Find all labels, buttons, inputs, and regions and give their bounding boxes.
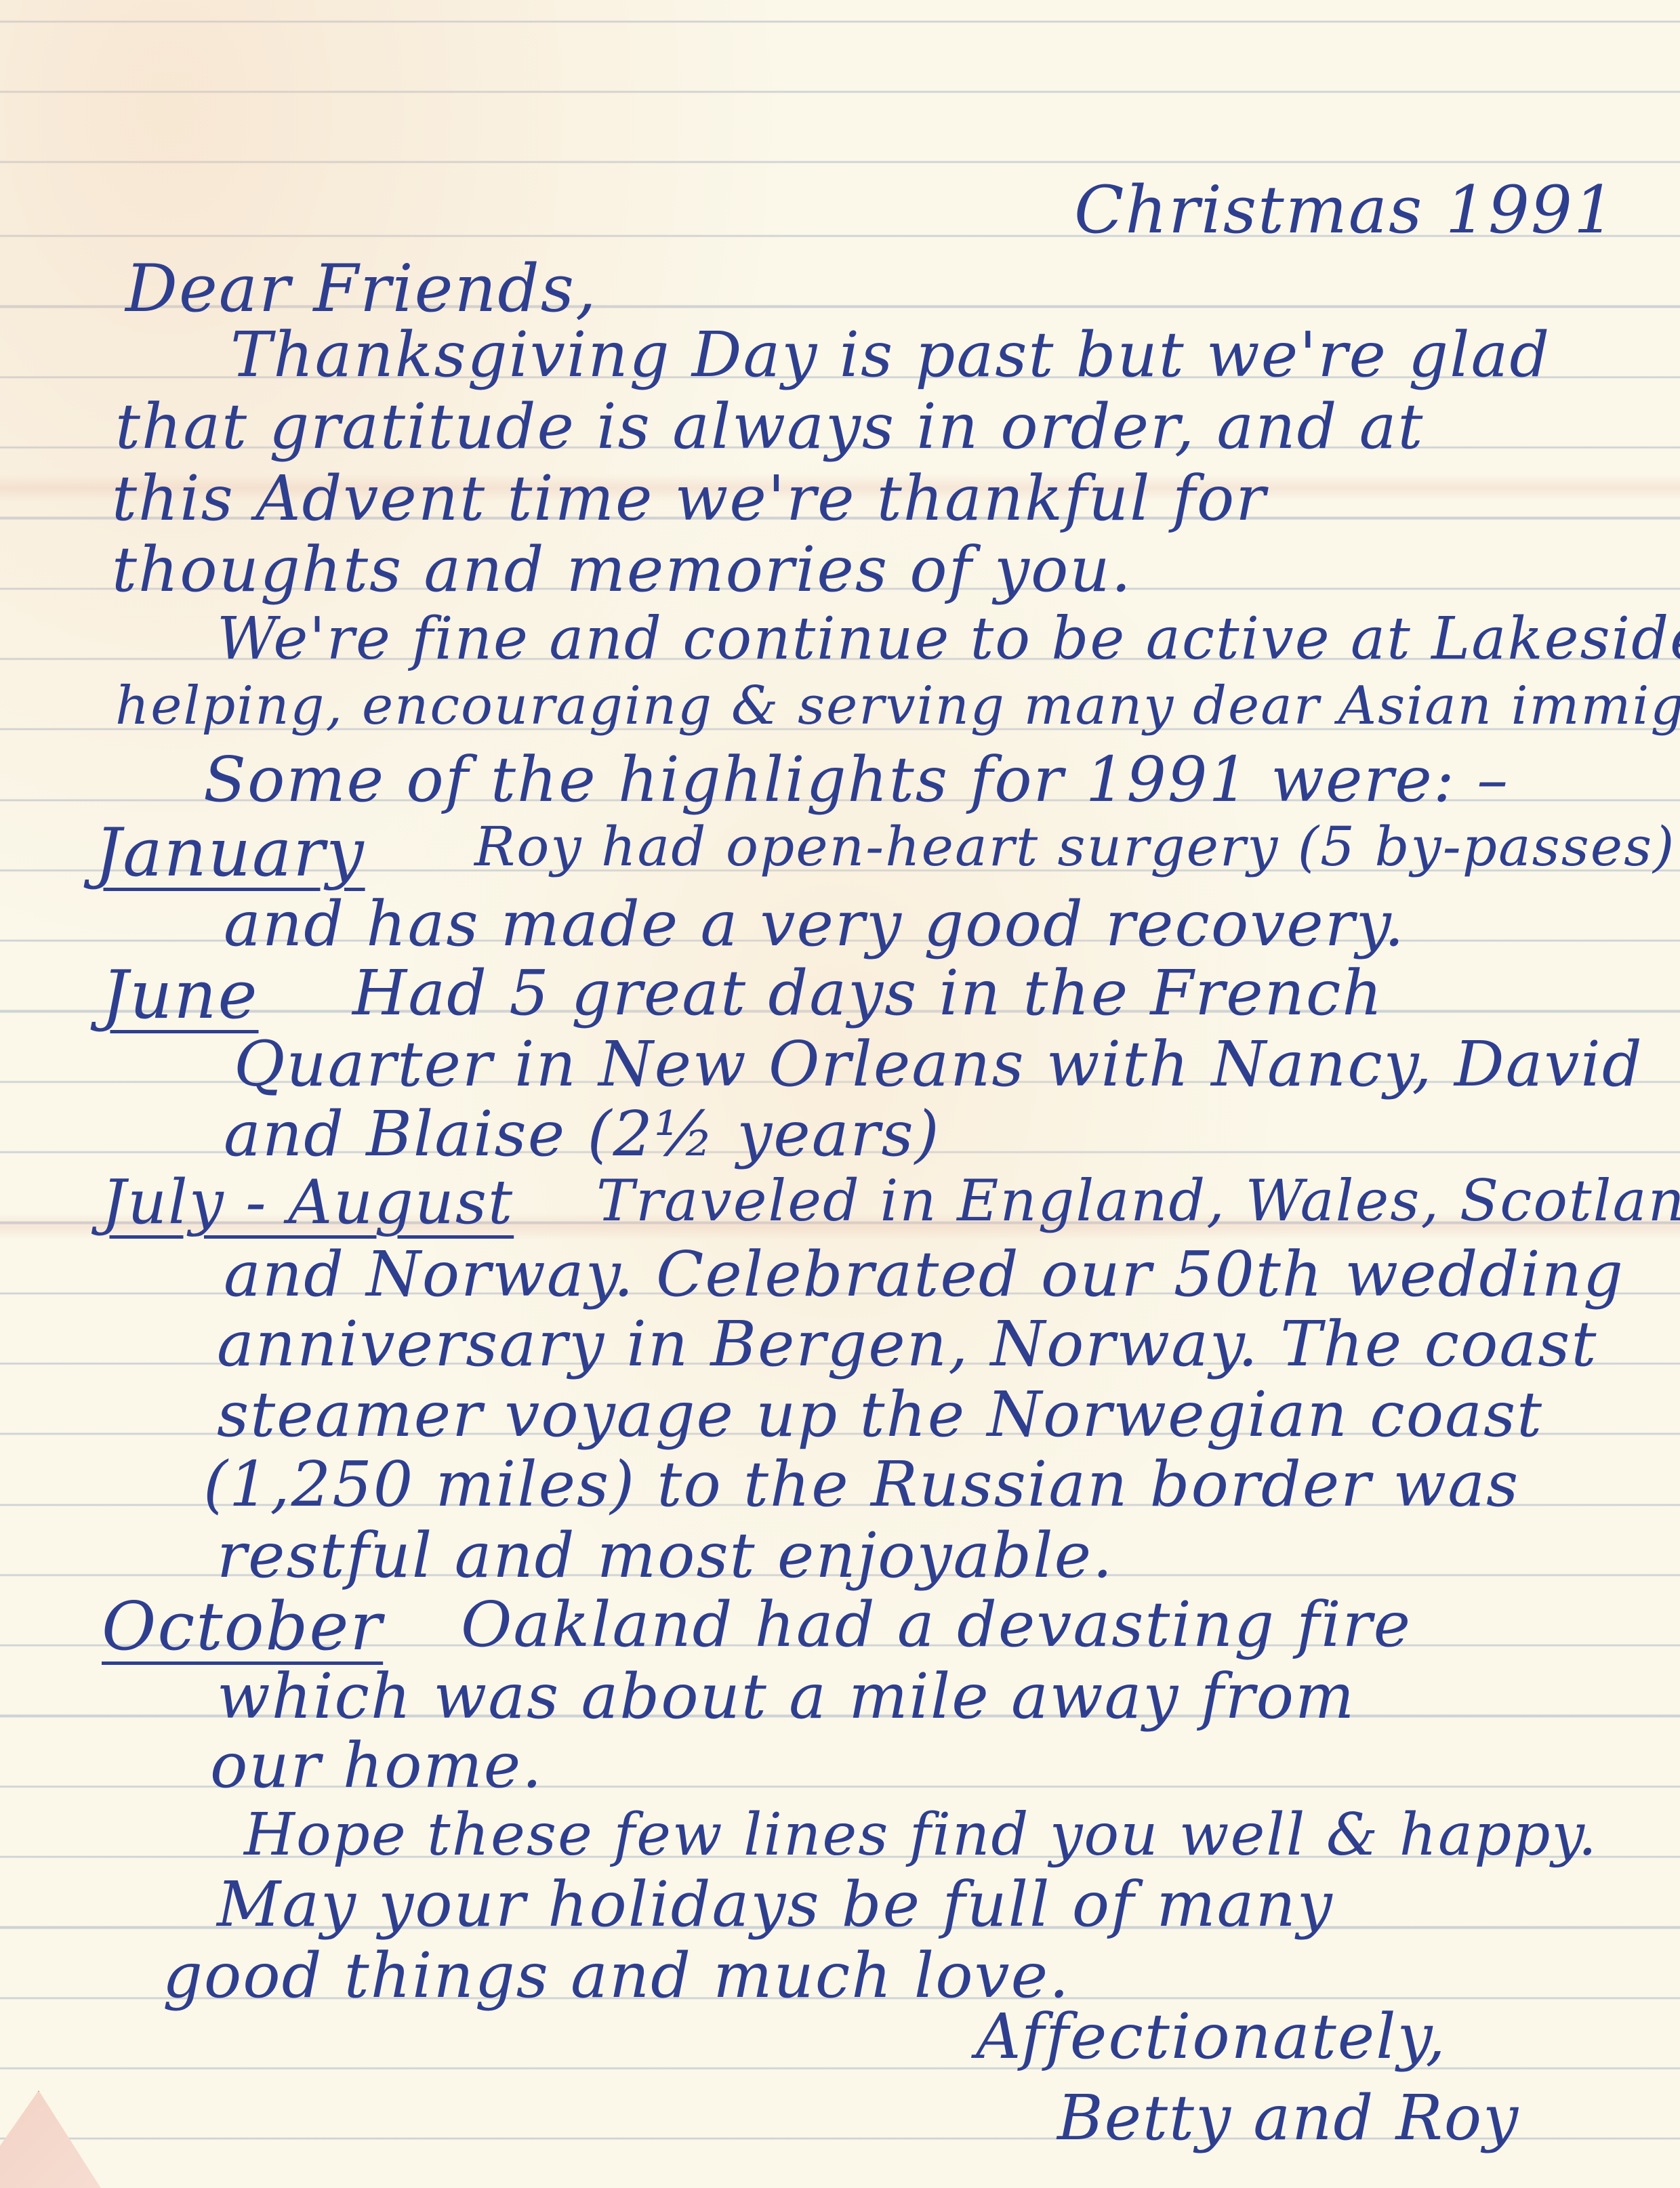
- body-line: helping, encouraging & serving many dear…: [115, 680, 1680, 732]
- salutation: Dear Friends,: [125, 256, 598, 321]
- body-line: that gratitude is always in order, and a…: [115, 396, 1424, 458]
- highlight-line: Oakland had a devasting fire: [461, 1594, 1412, 1656]
- highlight-line: and has made a very good recovery.: [224, 893, 1406, 955]
- highlight-line: Traveled in England, Wales, Scotland: [596, 1172, 1680, 1229]
- body-line: Thanksgiving Day is past but we're glad: [230, 324, 1551, 386]
- highlight-line: anniversary in Bergen, Norway. The coast: [217, 1313, 1597, 1376]
- highlight-line: and Blaise (2½ years): [224, 1103, 941, 1165]
- highlight-month-june: June: [102, 962, 259, 1029]
- highlight-line: and Norway. Celebrated our 50th wedding: [224, 1243, 1624, 1306]
- closing-line: May your holidays be full of many: [217, 1874, 1334, 1936]
- body-line: Some of the highlights for 1991 were: –: [203, 749, 1509, 811]
- highlight-line: Roy had open-heart surgery (5 by-passes): [474, 820, 1675, 874]
- signature: Betty and Roy: [1057, 2087, 1519, 2149]
- highlight-month-july-august: July - August: [102, 1172, 514, 1233]
- highlight-line: our home.: [210, 1735, 543, 1797]
- highlight-line: (1,250 miles) to the Russian border was: [203, 1453, 1519, 1516]
- body-line: thoughts and memories of you.: [112, 539, 1132, 601]
- closing-line: good things and much love.: [163, 1945, 1070, 2007]
- body-line: this Advent time we're thankful for: [112, 468, 1267, 530]
- closing-line: Hope these few lines find you well & hap…: [244, 1806, 1598, 1864]
- highlight-month-january: January: [95, 820, 365, 886]
- highlight-month-october: October: [102, 1594, 383, 1660]
- highlight-line: steamer voyage up the Norwegian coast: [217, 1384, 1543, 1446]
- highlight-line: restful and most enjoyable.: [217, 1525, 1113, 1587]
- body-line: We're fine and continue to be active at …: [217, 610, 1680, 668]
- highlight-line: Quarter in New Orleans with Nancy, David: [234, 1033, 1643, 1096]
- valediction: Affectionately,: [976, 2006, 1447, 2068]
- highlight-line: Had 5 great days in the French: [352, 962, 1384, 1025]
- letter-date: Christmas 1991: [1074, 178, 1616, 243]
- highlight-line: which was about a mile away from: [217, 1666, 1355, 1728]
